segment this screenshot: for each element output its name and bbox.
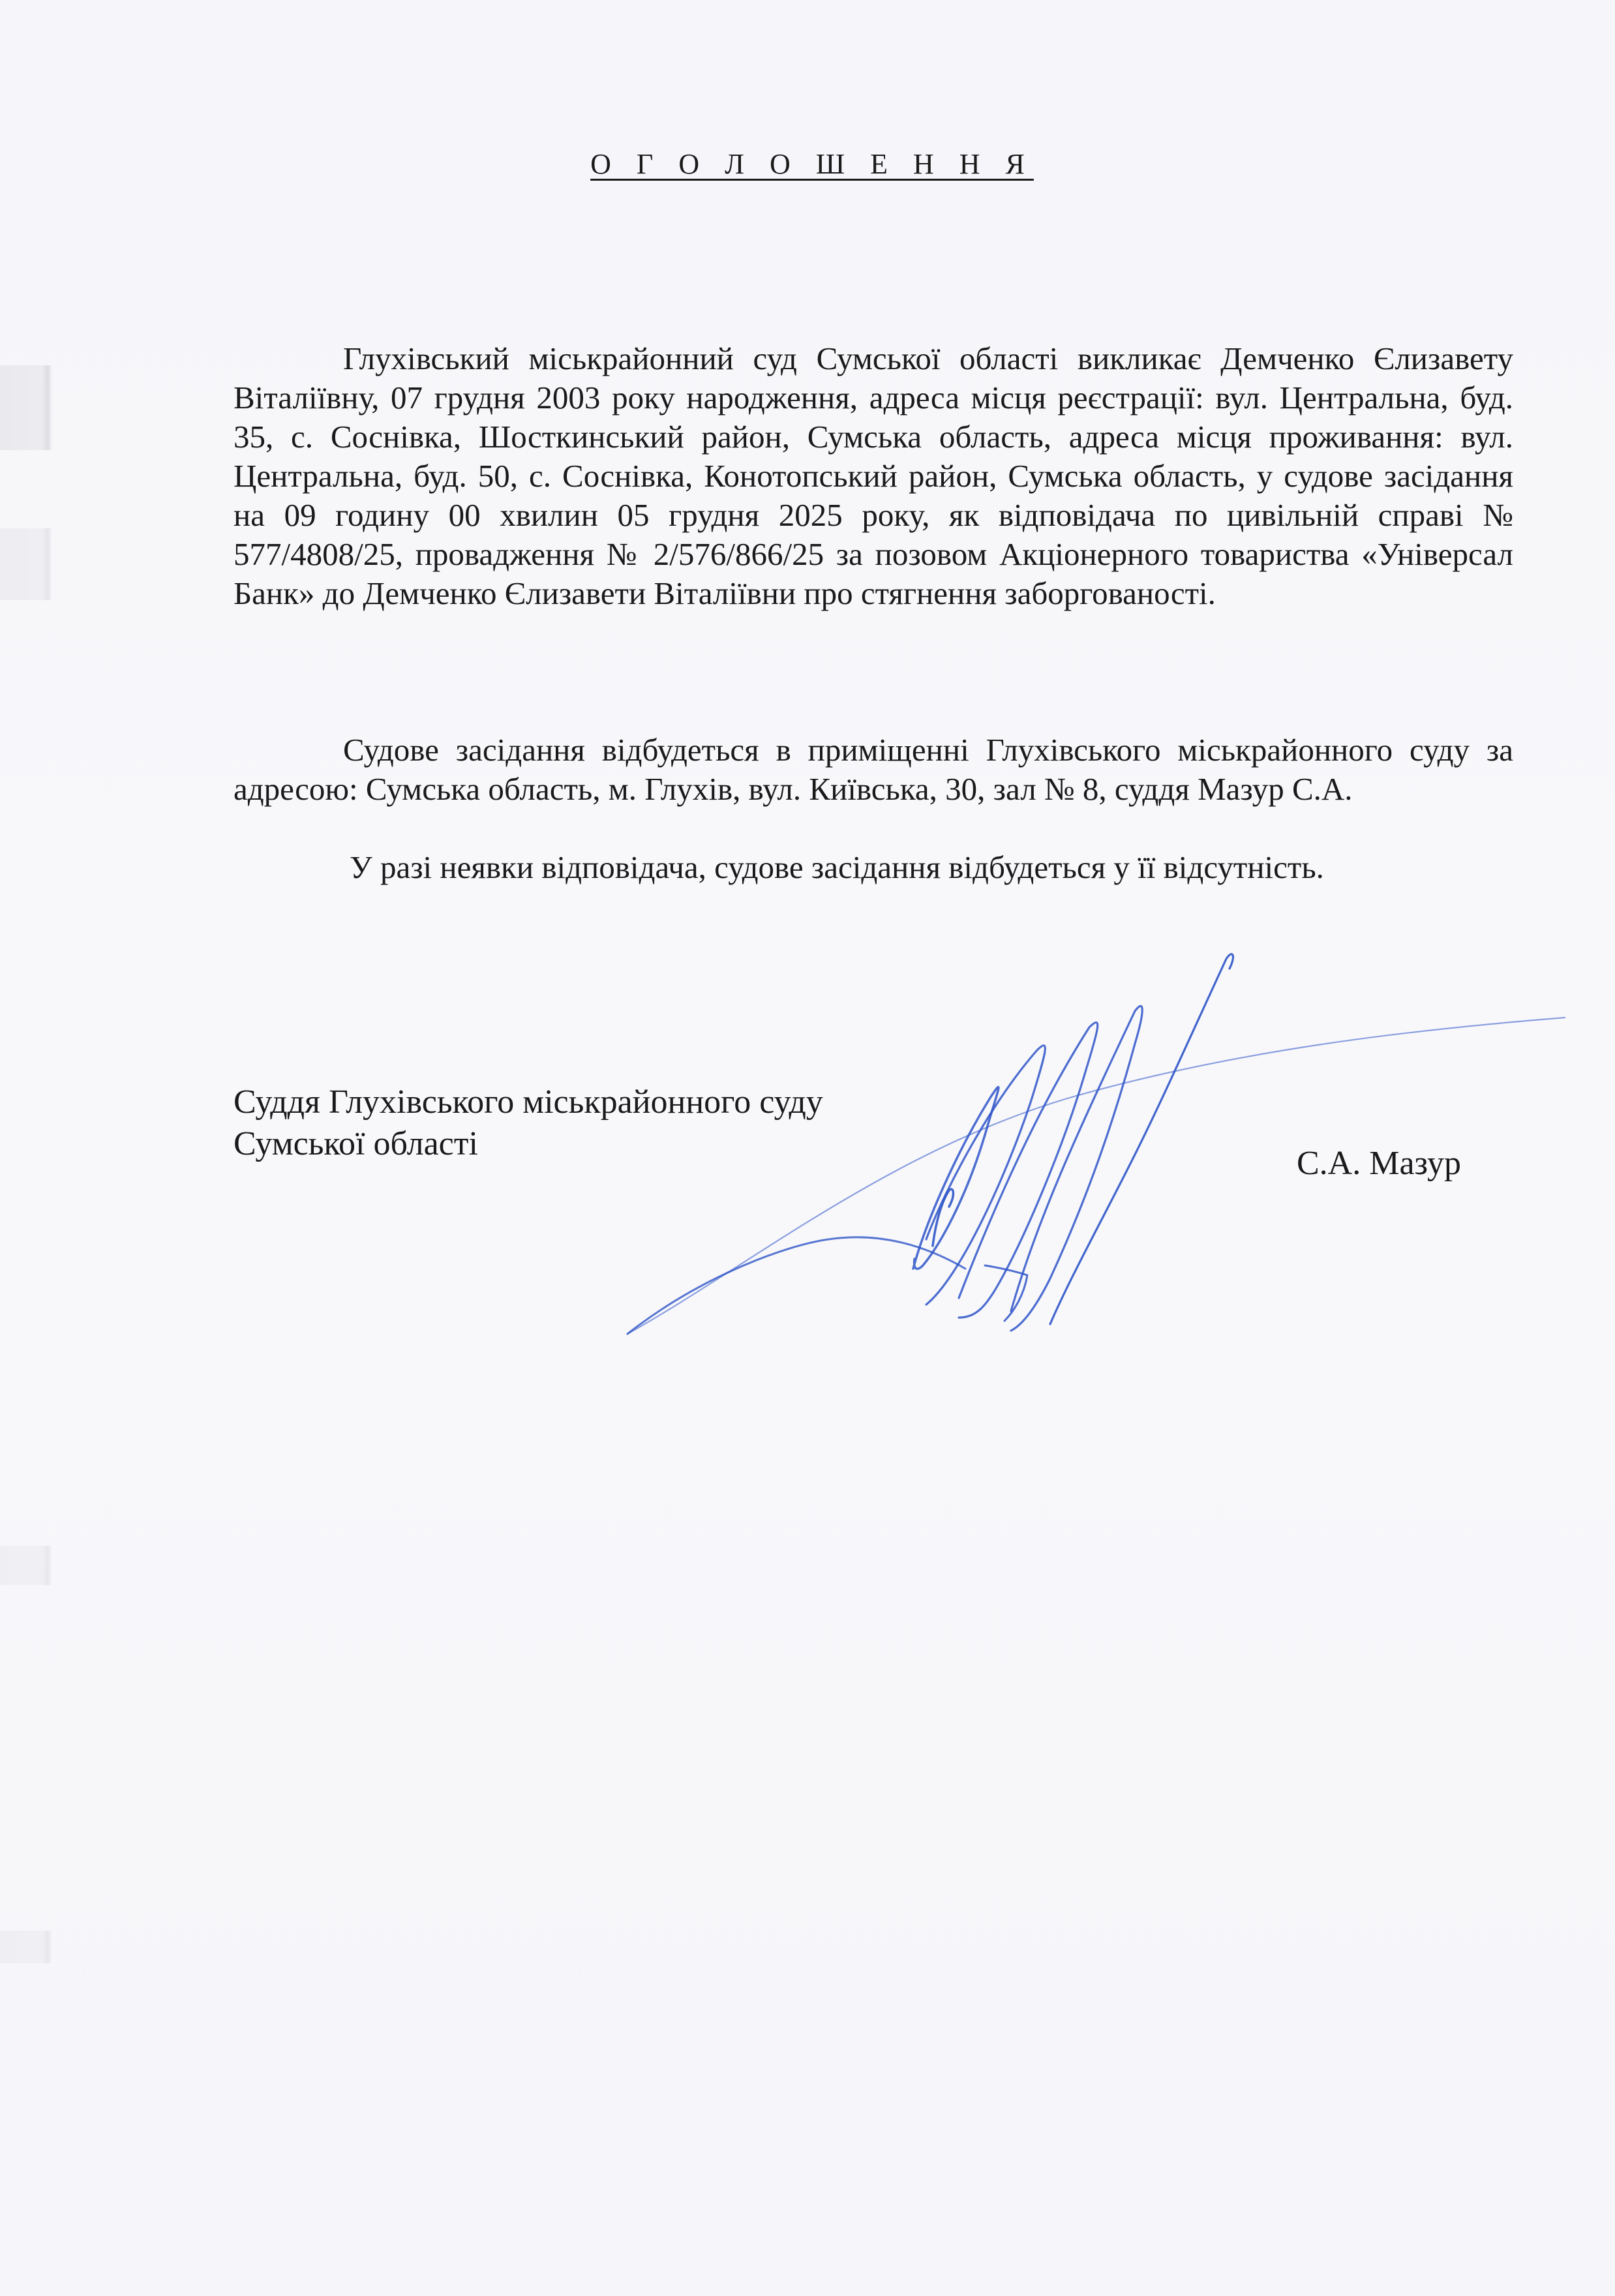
document-page: О Г О Л О Ш Е Н Н Я Глухівський міськрай…: [0, 0, 1615, 2296]
paragraph-absence-notice: У разі неявки відповідача, судове засіда…: [234, 848, 1513, 887]
paragraph-text: Судове засідання відбудеться в приміщенн…: [234, 731, 1513, 809]
judge-position-line2: Сумської області: [234, 1123, 823, 1165]
document-title: О Г О Л О Ш Е Н Н Я: [0, 145, 1615, 184]
paragraph-hearing-location: Судове засідання відбудеться в приміщенн…: [234, 731, 1513, 809]
paragraph-text: Глухівський міськрайонний суд Сумської о…: [234, 339, 1513, 613]
signature-block: Суддя Глухівського міськрайонного суду С…: [234, 1081, 823, 1165]
scan-artifact: [0, 1931, 52, 1963]
scan-artifact: [0, 1546, 52, 1585]
judge-position-line1: Суддя Глухівського міськрайонного суду: [234, 1081, 823, 1123]
scan-artifact: [0, 528, 52, 600]
paragraph-summons: Глухівський міськрайонний суд Сумської о…: [234, 339, 1513, 613]
paragraph-text: У разі неявки відповідача, судове засіда…: [234, 848, 1513, 887]
judge-name: С.А. Мазур: [1297, 1143, 1461, 1185]
document-title-text: О Г О Л О Ш Е Н Н Я: [581, 148, 1034, 180]
scan-artifact: [0, 365, 52, 450]
